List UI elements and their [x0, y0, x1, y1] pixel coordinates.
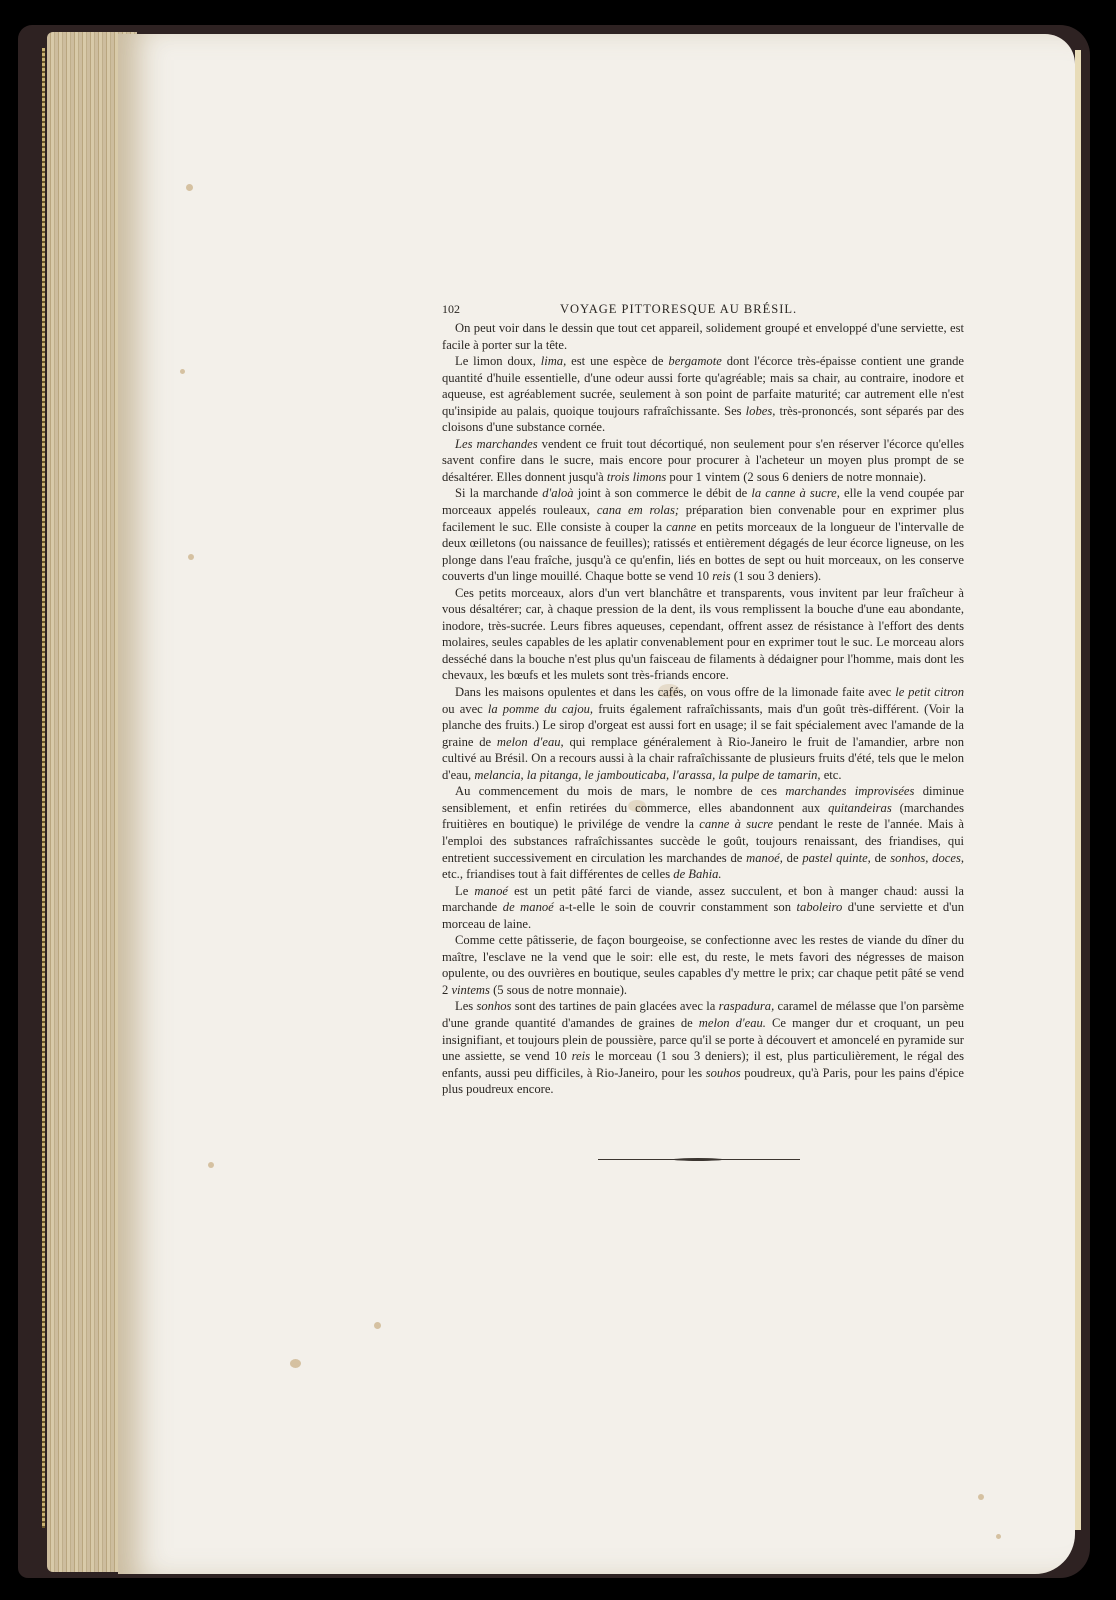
- paragraph: Si la marchande d'aloà joint à son comme…: [442, 485, 964, 584]
- paragraph: Ces petits morceaux, alors d'un vert bla…: [442, 585, 964, 684]
- ornamental-rule: [598, 1158, 800, 1162]
- rule-swell: [673, 1158, 723, 1161]
- paragraph: On peut voir dans le dessin que tout cet…: [442, 320, 964, 353]
- running-head: 102 VOYAGE PITTORESQUE AU BRÉSIL.: [442, 300, 964, 318]
- page-number: 102: [442, 301, 460, 318]
- paragraph: Comme cette pâtisserie, de façon bourgeo…: [442, 932, 964, 998]
- foxing-spot: [996, 1534, 1001, 1539]
- foxing-spot: [290, 1359, 301, 1368]
- foxing-spot: [186, 184, 193, 191]
- paragraph: Dans les maisons opulentes et dans les c…: [442, 684, 964, 783]
- paragraph: Les sonhos sont des tartines de pain gla…: [442, 998, 964, 1097]
- paragraph: Au commencement du mois de mars, le nomb…: [442, 783, 964, 882]
- page-text-block: 102 VOYAGE PITTORESQUE AU BRÉSIL. On peu…: [442, 300, 964, 1098]
- foxing-spot: [208, 1162, 214, 1168]
- foxing-spot: [188, 554, 194, 560]
- foxing-spot: [374, 1322, 381, 1329]
- paragraph: Le manoé est un petit pâté farci de vian…: [442, 883, 964, 933]
- gilt-tooling: [42, 48, 45, 1528]
- page-right-edge: [1075, 50, 1081, 1530]
- foxing-spot: [978, 1494, 984, 1500]
- paragraph: Le limon doux, lima, est une espèce de b…: [442, 353, 964, 436]
- paragraph: Les marchandes vendent ce fruit tout déc…: [442, 436, 964, 486]
- running-head-title: VOYAGE PITTORESQUE AU BRÉSIL.: [560, 301, 797, 318]
- foxing-spot: [180, 369, 185, 374]
